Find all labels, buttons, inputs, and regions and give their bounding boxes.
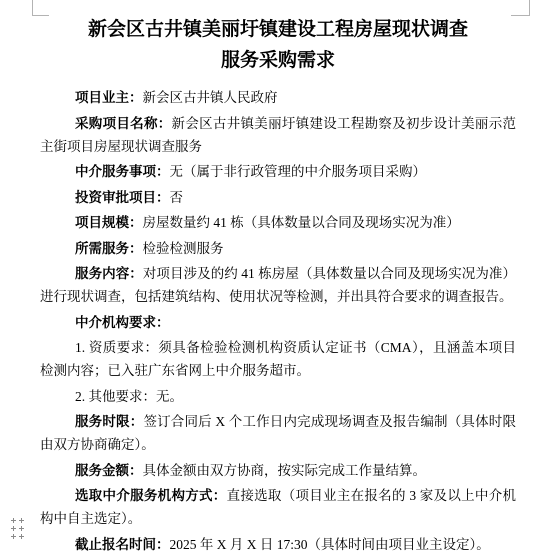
anchor-dot-icon <box>11 518 16 523</box>
anchor-dot-icon <box>11 534 16 539</box>
paragraph-other-requirement: 2. 其他要求：无。 <box>40 385 516 408</box>
document-body: 新会区古井镇美丽圩镇建设工程房屋现状调查 服务采购需求 项目业主：新会区古井镇人… <box>40 14 516 556</box>
field-value: 2. 其他要求：无。 <box>75 389 183 404</box>
field-label: 服务内容： <box>75 266 143 281</box>
paragraph-procurement-project-name: 采购项目名称：新会区古井镇美丽圩镇建设工程勘察及初步设计美丽示范主街项目房屋现状… <box>40 112 516 158</box>
field-value: 新会区古井镇人民政府 <box>143 90 278 105</box>
field-label: 服务时限： <box>75 414 143 429</box>
paragraph-agency-selection-method: 选取中介服务机构方式：直接选取（项目业主在报名的 3 家及以上中介机构中自主选定… <box>40 484 516 530</box>
paragraph-agency-service-item: 中介服务事项：无（属于非行政管理的中介服务项目采购） <box>40 160 516 183</box>
paragraph-project-owner: 项目业主：新会区古井镇人民政府 <box>40 86 516 109</box>
paragraph-project-scale: 项目规模：房屋数量约 41 栋（具体数量以合同及现场实况为准） <box>40 211 516 234</box>
field-value: 具体金额由双方协商，按实际完成工作量结算。 <box>143 463 427 478</box>
field-value: 1. 资质要求：须具备检验检测机构资质认定证书（CMA），且涵盖本项目检测内容；… <box>40 340 516 378</box>
paragraph-service-amount: 服务金额：具体金额由双方协商，按实际完成工作量结算。 <box>40 459 516 482</box>
field-value: 否 <box>170 190 184 205</box>
paragraph-investment-approval: 投资审批项目：否 <box>40 186 516 209</box>
field-label: 选取中介服务机构方式： <box>75 488 227 503</box>
field-label: 所需服务： <box>75 241 143 256</box>
field-label: 项目规模： <box>75 215 143 230</box>
anchor-dot-icon <box>19 518 24 523</box>
field-label: 中介机构要求： <box>75 315 170 330</box>
field-label: 服务金额： <box>75 463 143 478</box>
paragraph-service-time-limit: 服务时限：签订合同后 X 个工作日内完成现场调查及报告编制（具体时限由双方协商确… <box>40 410 516 456</box>
field-label: 投资审批项目： <box>75 190 170 205</box>
field-value: 房屋数量约 41 栋（具体数量以合同及现场实况为准） <box>143 215 460 230</box>
drag-anchor-icon[interactable] <box>11 518 24 539</box>
field-label: 项目业主： <box>75 90 143 105</box>
paragraph-qualification-requirement: 1. 资质要求：须具备检验检测机构资质认定证书（CMA），且涵盖本项目检测内容；… <box>40 336 516 382</box>
document-title: 新会区古井镇美丽圩镇建设工程房屋现状调查 服务采购需求 <box>40 14 516 76</box>
field-value: 检验检测服务 <box>143 241 224 256</box>
paragraph-registration-deadline: 截止报名时间：2025 年 X 月 X 日 17:30（具体时间由项目业主设定）… <box>40 533 516 556</box>
paragraph-service-content: 服务内容：对项目涉及的约 41 栋房屋（具体数量以合同及现场实况为准）进行现状调… <box>40 262 516 308</box>
paragraph-required-service: 所需服务：检验检测服务 <box>40 237 516 260</box>
field-value: 无（属于非行政管理的中介服务项目采购） <box>170 164 427 179</box>
title-line-1: 新会区古井镇美丽圩镇建设工程房屋现状调查 <box>40 14 516 45</box>
anchor-dot-icon <box>11 526 16 531</box>
paragraph-agency-requirements-heading: 中介机构要求： <box>40 311 516 334</box>
title-line-2: 服务采购需求 <box>40 45 516 76</box>
anchor-dot-icon <box>19 534 24 539</box>
field-label: 中介服务事项： <box>75 164 170 179</box>
field-value: 2025 年 X 月 X 日 17:30（具体时间由项目业主设定）。 <box>170 537 490 552</box>
field-label: 截止报名时间： <box>75 537 170 552</box>
anchor-dot-icon <box>19 526 24 531</box>
field-label: 采购项目名称： <box>75 116 172 131</box>
document-page: 新会区古井镇美丽圩镇建设工程房屋现状调查 服务采购需求 项目业主：新会区古井镇人… <box>0 0 556 556</box>
